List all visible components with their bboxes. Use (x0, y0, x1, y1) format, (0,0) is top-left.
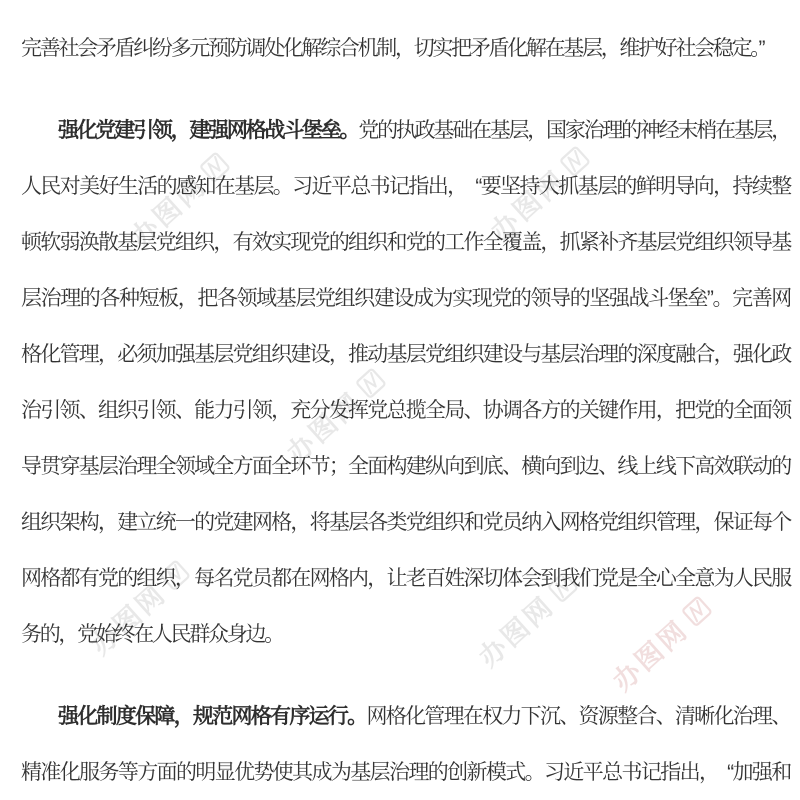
paragraph: 强化党建引领，建强网格战斗堡垒。党的执政基础在基层，国家治理的神经末梢在基层，人… (21, 103, 790, 663)
paragraph-lead-bold: 强化制度保障，规范网格有序运行。 (58, 705, 366, 728)
text-line: 精准化服务等方面的明显优势使其成为基层治理的创新模式。习近平总书记指出， “加强… (21, 745, 790, 800)
text-line: 务的，党始终在人民群众身边。 (21, 607, 790, 663)
text-span: 务的，党始终在人民群众身边。 (21, 623, 283, 646)
text-span: 格化管理，必须加强基层党组织建设，推动基层党组织建设与基层治理的深度融合，强化政 (21, 343, 790, 366)
text-span: 人民对美好生活的感知在基层。习近平总书记指出， “要坚持大抓基层的鲜明导向，持续… (21, 175, 790, 198)
text-line: 强化制度保障，规范网格有序运行。网格化管理在权力下沉、资源整合、清晰化治理、 (21, 689, 790, 745)
text-line: 顿软弱涣散基层党组织，有效实现党的组织和党的工作全覆盖，抓紧补齐基层党组织领导基 (21, 215, 790, 271)
text-span: 顿软弱涣散基层党组织，有效实现党的组织和党的工作全覆盖，抓紧补齐基层党组织领导基 (21, 231, 790, 254)
text-span: 网格都有党的组织，每名党员都在网格内，让老百姓深切体会到我们党是全心全意为人民服 (21, 567, 790, 590)
text-span: 治引领、组织引领、能力引领，充分发挥党总揽全局、协调各方的关键作用，把党的全面领 (21, 399, 790, 422)
text-line: 格化管理，必须加强基层党组织建设，推动基层党组织建设与基层治理的深度融合，强化政 (21, 327, 790, 383)
text-line: 治引领、组织引领、能力引领，充分发挥党总揽全局、协调各方的关键作用，把党的全面领 (21, 383, 790, 439)
document-body: 完善社会矛盾纠纷多元预防调处化解综合机制，切实把矛盾化解在基层，维护好社会稳定。… (0, 0, 800, 800)
paragraph: 完善社会矛盾纠纷多元预防调处化解综合机制，切实把矛盾化解在基层，维护好社会稳定。… (21, 21, 790, 77)
text-line: 层治理的各种短板，把各领域基层党组织建设成为实现党的领导的坚强战斗堡垒”。完善网 (21, 271, 790, 327)
text-span: 层治理的各种短板，把各领域基层党组织建设成为实现党的领导的坚强战斗堡垒”。完善网 (21, 287, 790, 310)
text-span: 网格化管理在权力下沉、资源整合、清晰化治理、 (366, 705, 790, 728)
text-line: 导贯穿基层治理全领域全方面全环节；全面构建纵向到底、横向到边、线上线下高效联动的 (21, 439, 790, 495)
text-line: 组织架构，建立统一的党建网格，将基层各类党组织和党员纳入网格党组织管理，保证每个 (21, 495, 790, 551)
text-span: 导贯穿基层治理全领域全方面全环节；全面构建纵向到底、横向到边、线上线下高效联动的 (21, 455, 790, 478)
text-span: 完善社会矛盾纠纷多元预防调处化解综合机制，切实把矛盾化解在基层，维护好社会稳定。… (21, 37, 763, 60)
text-line: 强化党建引领，建强网格战斗堡垒。党的执政基础在基层，国家治理的神经末梢在基层， (21, 103, 790, 159)
document-page: { "page": { "background": "#ffffff", "te… (0, 0, 800, 800)
text-span: 党的执政基础在基层，国家治理的神经末梢在基层， (358, 119, 790, 142)
text-span: 组织架构，建立统一的党建网格，将基层各类党组织和党员纳入网格党组织管理，保证每个 (21, 511, 790, 534)
text-line: 完善社会矛盾纠纷多元预防调处化解综合机制，切实把矛盾化解在基层，维护好社会稳定。… (21, 21, 790, 77)
text-span: 精准化服务等方面的明显优势使其成为基层治理的创新模式。习近平总书记指出， “加强… (21, 761, 790, 784)
paragraph-lead-bold: 强化党建引领，建强网格战斗堡垒。 (58, 119, 358, 142)
text-line: 网格都有党的组织，每名党员都在网格内，让老百姓深切体会到我们党是全心全意为人民服 (21, 551, 790, 607)
text-line: 人民对美好生活的感知在基层。习近平总书记指出， “要坚持大抓基层的鲜明导向，持续… (21, 159, 790, 215)
paragraph: 强化制度保障，规范网格有序运行。网格化管理在权力下沉、资源整合、清晰化治理、精准… (21, 689, 790, 800)
